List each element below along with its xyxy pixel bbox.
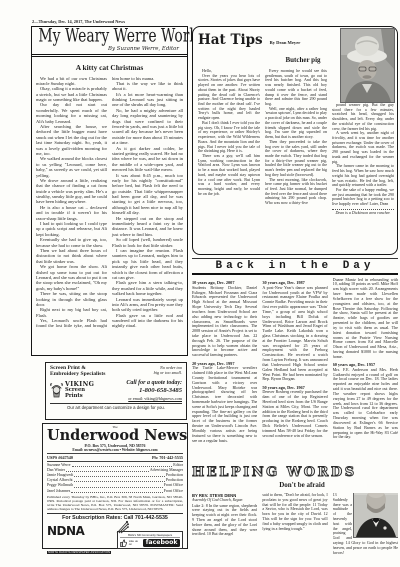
pastor-photo <box>354 493 398 537</box>
pastor-church: Assembly Of God Church, Regan <box>192 498 257 503</box>
hat-tips-column: Hat Tips By Dean Meyer Butcher pig Hello… <box>192 26 398 255</box>
ndna-wordmark: NDNA <box>47 526 84 537</box>
helping-words-section: HELPING WORDS Don't be afraid BY REV. ST… <box>192 466 398 565</box>
prints-word: Prints <box>65 394 94 399</box>
article-body: We had a bit of our own Christmas miracl… <box>32 76 187 334</box>
ad-footer: Our art department can customize a desig… <box>50 403 182 410</box>
hat-tips-col-3-text: pound weaner pig. But the guy stood ther… <box>332 103 394 207</box>
back-in-the-day-section: Back in the Day 10 years ago, Dec. 2007 … <box>192 258 398 468</box>
usps-number: USPS #647540 <box>47 455 73 460</box>
bitd-text: The Turtle Lake-Mercer wrestlers claimed… <box>192 366 257 443</box>
bitd-text: Duane Mantz led in rebounding with 10, a… <box>333 278 398 360</box>
masthead-phone: Ph: 701-442-5535 <box>152 455 183 460</box>
bitd-text: Students Brittany Dockter, Daniel Esling… <box>192 286 257 358</box>
newspaper-name: Underwood News <box>47 429 183 443</box>
hat-tips-byline: By Dean Meyer <box>270 40 301 45</box>
quote-line: Call for a quote today: <box>126 380 182 388</box>
article-headline: A kitty cat Christmas <box>32 63 187 72</box>
facebook-badge-row: Like us on facebook <box>120 539 180 547</box>
helping-words-headline: Don't be afraid <box>247 481 357 489</box>
wheat-icon <box>115 520 129 534</box>
scripture-text: Luke 2: 8 In the same region, shepherds … <box>192 504 257 538</box>
like-us-label: Like us on <box>129 540 142 546</box>
staff-row: Janel JohannesFront Office <box>47 489 183 494</box>
ad-title: Screen Print & Embroidery Specialists <box>50 365 105 378</box>
usps-row: USPS #647540 Ph: 701-442-5535 <box>47 454 183 462</box>
ad-tagline: No order too big or too small. <box>154 365 182 378</box>
bitd-col-3: Duane Mantz led in rebounding with 10, a… <box>333 278 398 468</box>
helping-col-2: said to them, "Don't be afraid, for look… <box>262 493 327 565</box>
column-title: My Weary Werre World <box>35 30 184 45</box>
ad-title-line2: Embroidery Specialists <box>50 371 105 377</box>
newspaper-masthead-box: The Underwood News P.O. Box 575, Underwo… <box>42 423 188 549</box>
bitd-text: Mrs. F.E. Anderson and Mrs. Herb Gutknec… <box>333 368 398 440</box>
helping-words-body: BY REV. STEVE DENN Assembly Of God Churc… <box>192 493 398 565</box>
ad-email: or email: viking@bhgnews.com <box>126 396 182 401</box>
viking-logo: VIKING Screen Prints <box>50 380 94 401</box>
helping-words-title: HELPING WORDS <box>192 466 398 479</box>
hat-tips-col-3: pound weaner pig. But the guy stood ther… <box>332 69 394 245</box>
back-in-the-day-body: 10 years ago, Dec. 2007 Students Brittan… <box>192 278 398 468</box>
bitd-col-2: 30 years ago, Dec. 1987 A post-New Year'… <box>262 278 327 468</box>
ad-tagline-line2: big or too small. <box>154 370 182 375</box>
ad-call-to-action: Call for a quote today: 1-800-658-3485 o… <box>126 380 182 401</box>
masthead-logos: NDNA NORTH DAKOTA NEWSPAPER ASSOCIATION … <box>47 522 183 558</box>
helping-col-1: BY REV. STEVE DENN Assembly Of God Churc… <box>192 493 257 565</box>
viking-wordmark: VIKING Screen Prints <box>65 382 94 399</box>
bitd-col-1: 10 years ago, Dec. 2007 Students Brittan… <box>192 278 257 468</box>
facebook-logo: facebook <box>143 539 180 547</box>
staff-role: Front Office <box>164 489 183 494</box>
bitd-text: Denver Rosberg recently purchased the da… <box>262 390 327 438</box>
helping-col-3: 13 Suddenly there was a multitude of the… <box>333 493 398 565</box>
thumbs-up-icon <box>120 539 127 547</box>
hat-tips-col-1: Hello,Over the years you hear lots of st… <box>198 69 260 245</box>
columnist-tagline: Dean is a Dickinson area rancher. <box>332 209 394 216</box>
viking-screen-prints-ad: Screen Print & Embroidery Specialists No… <box>45 362 187 420</box>
viking-mascot-icon <box>50 382 63 398</box>
staff-name: Janel Johannes <box>47 489 70 494</box>
staff-list: Suzanne WerreEditor Dan WinterAdvertisin… <box>47 463 183 493</box>
ndna-logo: NDNA NORTH DAKOTA NEWSPAPER ASSOCIATION <box>47 522 117 558</box>
hat-tips-headline: Butcher pig <box>251 56 355 64</box>
ad-phone-number: 1-800-658-3485 <box>126 387 182 395</box>
hat-tips-title: Hat Tips <box>198 32 263 48</box>
ndna-caption: NORTH DAKOTA NEWSPAPER ASSOCIATION <box>47 551 111 554</box>
bitd-text: A post-New Year's dance was planned for … <box>262 286 327 383</box>
masthead-fineprint: Published every Thursday by BHG, Inc., P… <box>47 495 183 512</box>
column-masthead: My Weary Werre World By Suzanne Werre, E… <box>32 27 187 57</box>
back-in-the-day-banner: Back in the Day <box>192 258 398 275</box>
hat-tips-col-2: Every morning he would see this gentlema… <box>265 69 327 245</box>
weary-werre-world-column: My Weary Werre World By Suzanne Werre, E… <box>31 26 188 356</box>
hat-tips-body: Hello,Over the years you hear lots of st… <box>198 69 394 245</box>
